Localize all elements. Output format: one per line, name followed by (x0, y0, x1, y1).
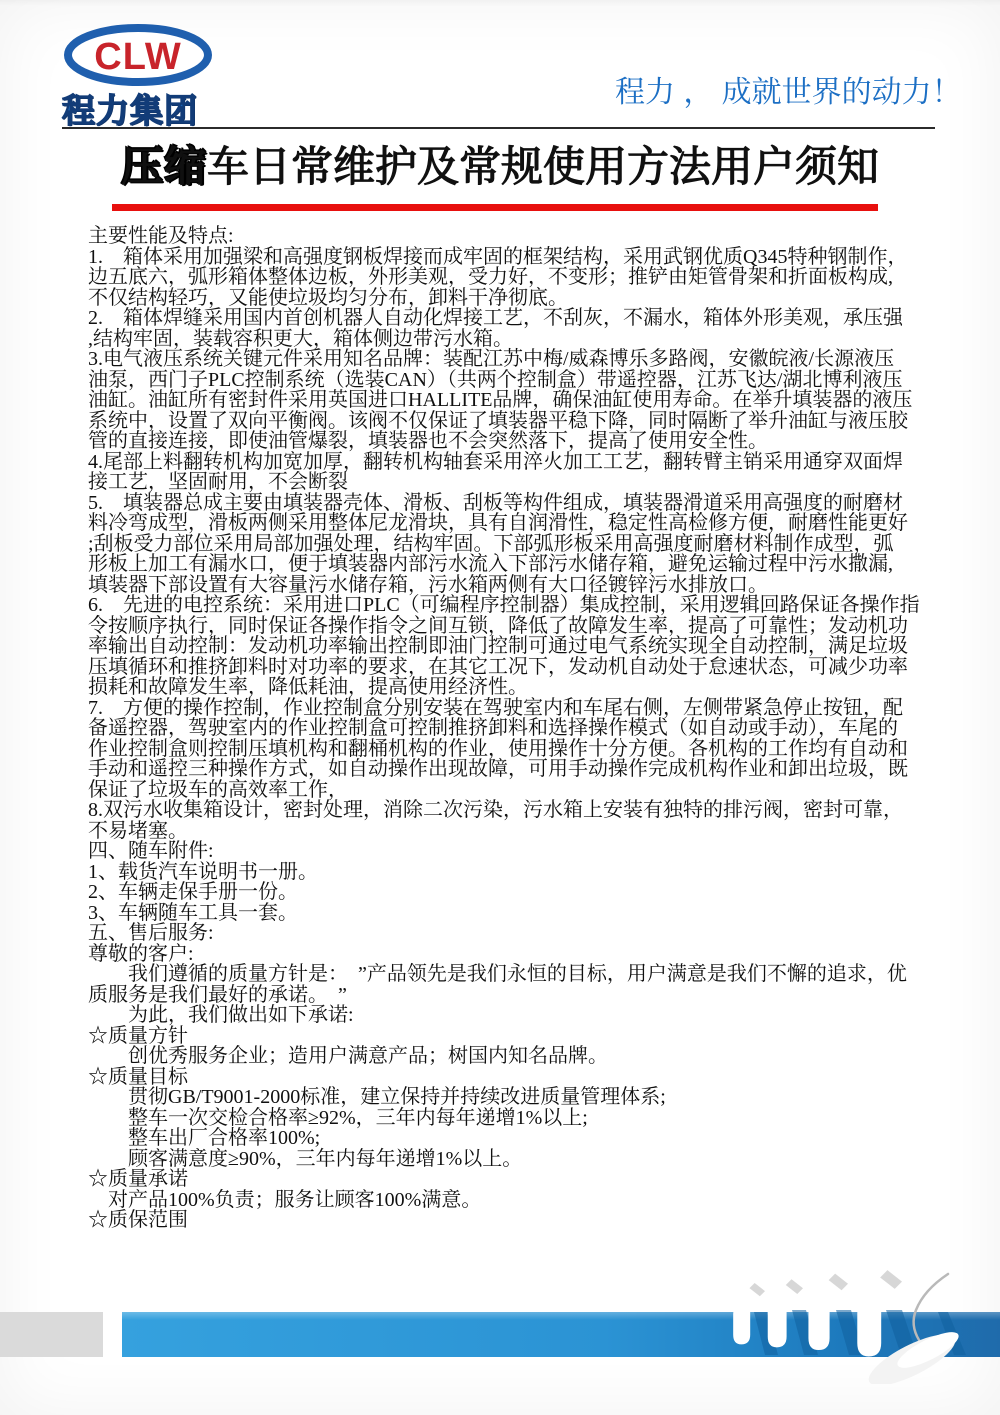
body-line: 五、售后服务: (88, 923, 918, 944)
body-line: 压填循环和推挤卸料时对功率的要求，在其它工况下，发动机自动处于怠速状态，可减少功… (88, 657, 918, 678)
body-line: 接工艺，坚固耐用，不会断裂 (88, 472, 918, 493)
body-line: 对产品100%负责；服务让顾客100%满意。 (88, 1190, 918, 1211)
footer-swoosh-icon (716, 1266, 982, 1384)
body-line: 4.尾部上料翻转机构加宽加厚，翻转机构轴套采用淬火加工工艺，翻转臂主销采用通穿双… (88, 452, 918, 473)
company-name: 程力集团 (62, 94, 222, 127)
body-line: 1、载货汽车说明书一册。 (88, 862, 918, 883)
body-line: 不仅结构轻巧，又能使垃圾均匀分布，卸料干净彻底。 (88, 288, 918, 309)
header-slogan: 程力 ， 成就世界的动力！ (615, 76, 945, 110)
body-line: 3.电气液压系统关键元件采用知名品牌：装配江苏中梅/威森博乐多路阀，安徽皖液/长… (88, 349, 918, 370)
header-divider (62, 127, 935, 129)
body-line: 四、随车附件: (88, 841, 918, 862)
body-line: 备遥控器，驾驶室内的作业控制盒可控制推挤卸料和选择操作模式（如自动或手动），车尾… (88, 718, 918, 739)
body-line: 填装器下部设置有大容量污水储存箱，污水箱两侧有大口径镀锌污水排放口。 (88, 575, 918, 596)
body-line: ☆质量承诺 (88, 1169, 918, 1190)
body-line: 率输出自动控制：发动机功率输出控制即油门控制可通过电气系统实现全自动控制，满足垃… (88, 636, 918, 657)
body-line: 管的直接连接，即使油管爆裂，填装器也不会突然落下，提高了使用安全性。 (88, 431, 918, 452)
page-title-rest: 车日常维护及常规使用方法用户须知 (207, 143, 879, 190)
body-line: 8.双污水收集箱设计，密封处理，消除二次污染，污水箱上安装有独特的排污阀，密封可… (88, 800, 918, 821)
page-title-emphasis: 压缩 (121, 143, 207, 190)
header-logo: CLW 程力集团 (62, 24, 222, 128)
body-line: 形板上加工有漏水口，便于填装器内部污水流入下部污水储存箱，避免运输过程中污水撒漏… (88, 554, 918, 575)
body-line: 损耗和故障发生率，降低耗油，提高使用经济性。 (88, 677, 918, 698)
body-line: 令按顺序执行，同时保证各操作指令之间互锁，降低了故障发生率，提高了可靠性；发动机… (88, 616, 918, 637)
body-line: ;刮板受力部位采用局部加强处理，结构牢固。下部弧形板采用高强度耐磨材料制作成型，… (88, 534, 918, 555)
body-line: 3、车辆随车工具一套。 (88, 903, 918, 924)
body-line: 5. 填装器总成主要由填装器壳体、滑板、刮板等构件组成，填装器滑道采用高强度的耐… (88, 493, 918, 514)
body-line: 2. 箱体焊缝采用国内首创机器人自动化焊接工艺，不刮灰，不漏水，箱体外形美观，承… (88, 308, 918, 329)
body-line: 7. 方便的操作控制，作业控制盒分别安装在驾驶室内和车尾右侧，左侧带紧急停止按钮… (88, 698, 918, 719)
body-line: 我们遵循的质量方针是： ”产品领先是我们永恒的目标，用户满意是我们不懈的追求，优 (88, 964, 918, 985)
clw-logo-icon: CLW (62, 24, 222, 92)
body-line: 保证了垃圾车的高效率工作， (88, 780, 918, 801)
body-line: ☆质量目标 (88, 1067, 918, 1088)
body-line: 顾客满意度≥90%，三年内每年递增1%以上。 (88, 1149, 918, 1170)
body-line: 1. 箱体采用加强梁和高强度钢板焊接而成牢固的框架结构，采用武钢优质Q345特种… (88, 247, 918, 268)
body-line: 贯彻GB/T9001-2000标准，建立保持并持续改进质量管理体系; (88, 1087, 918, 1108)
body-line: 为此，我们做出如下承诺: (88, 1005, 918, 1026)
body-line: 2、车辆走保手册一份。 (88, 882, 918, 903)
body-line: 创优秀服务企业；造用户满意产品；树国内知名品牌。 (88, 1046, 918, 1067)
body-line: ☆质量方针 (88, 1026, 918, 1047)
body-line: 尊敬的客户: (88, 944, 918, 965)
body-line: 作业控制盒则控制压填机构和翻桶机构的作业，使用操作十分方便。各机构的工作均有自动… (88, 739, 918, 760)
body-line: 手动和遥控三种操作方式，如自动操作出现故障，可用手动操作完成机构作业和卸出垃圾，… (88, 759, 918, 780)
body-line: ,结构牢固，装载容积更大，箱体侧边带污水箱。 (88, 329, 918, 350)
title-underline (112, 204, 878, 211)
body-text: 主要性能及特点:1. 箱体采用加强梁和高强度钢板焊接而成牢固的框架结构，采用武钢… (88, 226, 918, 1231)
document-page: CLW 程力集团 程力 ， 成就世界的动力！ 压缩车日常维护及常规使用方法用户须… (0, 0, 1000, 1415)
body-line: 边五底六，弧形箱体整体边板，外形美观，受力好，不变形；推铲由矩管骨架和折面板构成… (88, 267, 918, 288)
body-line: 整车出厂合格率100%; (88, 1128, 918, 1149)
svg-text:CLW: CLW (94, 36, 181, 78)
body-line: 油缸。油缸所有密封件采用英国进口HALLITE品牌，确保油缸使用寿命。在举升填装… (88, 390, 918, 411)
body-line: 整车一次交检合格率≥92%，三年内每年递增1%以上; (88, 1108, 918, 1129)
body-line: 油泵，西门子PLC控制系统（选装CAN）（共两个控制盒）带遥控器，江苏飞达/湖北… (88, 370, 918, 391)
page-title: 压缩车日常维护及常规使用方法用户须知 (95, 139, 905, 195)
body-line: 料冷弯成型，滑板两侧采用整体尼龙滑块，具有自润滑性，稳定性高检修方便，耐磨性能更… (88, 513, 918, 534)
body-line: 主要性能及特点: (88, 226, 918, 247)
body-line: 系统中，设置了双向平衡阀。该阀不仅保证了填装器平稳下降，同时隔断了举升油缸与液压… (88, 411, 918, 432)
body-line: 不易堵塞。 (88, 821, 918, 842)
body-line: 6. 先进的电控系统：采用进口PLC（可编程序控制器）集成控制，采用逻辑回路保证… (88, 595, 918, 616)
body-line: ☆质保范围 (88, 1210, 918, 1231)
footer-gray-block (0, 1312, 103, 1357)
body-line: 质服务是我们最好的承诺。 ” (88, 985, 918, 1006)
